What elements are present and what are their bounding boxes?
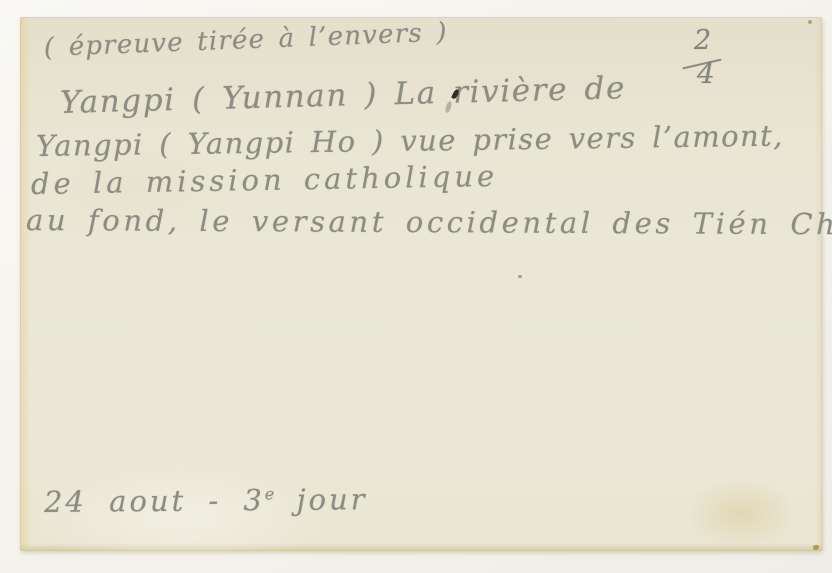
note-print-reversed: ( épreuve tirée à l’envers ) bbox=[43, 18, 448, 63]
date-note: 24 aout - 3e jour bbox=[44, 482, 368, 519]
corner-speck-bottom-right bbox=[813, 545, 819, 550]
date-note-main: 24 aout - 3 bbox=[44, 483, 265, 519]
date-note-rest: jour bbox=[274, 482, 368, 517]
caption-line-4: au fond, le versant occidental des Tién … bbox=[26, 203, 832, 241]
photo-verso-card: ( épreuve tirée à l’envers ) 2 4 Yangpi … bbox=[20, 17, 822, 551]
paper-speck bbox=[518, 275, 522, 278]
fraction-numerator: 2 bbox=[694, 25, 711, 56]
fraction-denominator: 4 bbox=[697, 57, 715, 90]
caption-line-1: Yangpi ( Yunnan ) La rivière de bbox=[60, 70, 627, 121]
page-fraction: 2 4 bbox=[680, 25, 732, 89]
corner-speck-top-right bbox=[808, 20, 812, 24]
scan-background: ( épreuve tirée à l’envers ) 2 4 Yangpi … bbox=[0, 0, 832, 573]
caption-line-3: de la mission catholique bbox=[31, 159, 499, 201]
caption-line-2: Yangpi ( Yangpi Ho ) vue prise vers l’am… bbox=[36, 119, 784, 163]
